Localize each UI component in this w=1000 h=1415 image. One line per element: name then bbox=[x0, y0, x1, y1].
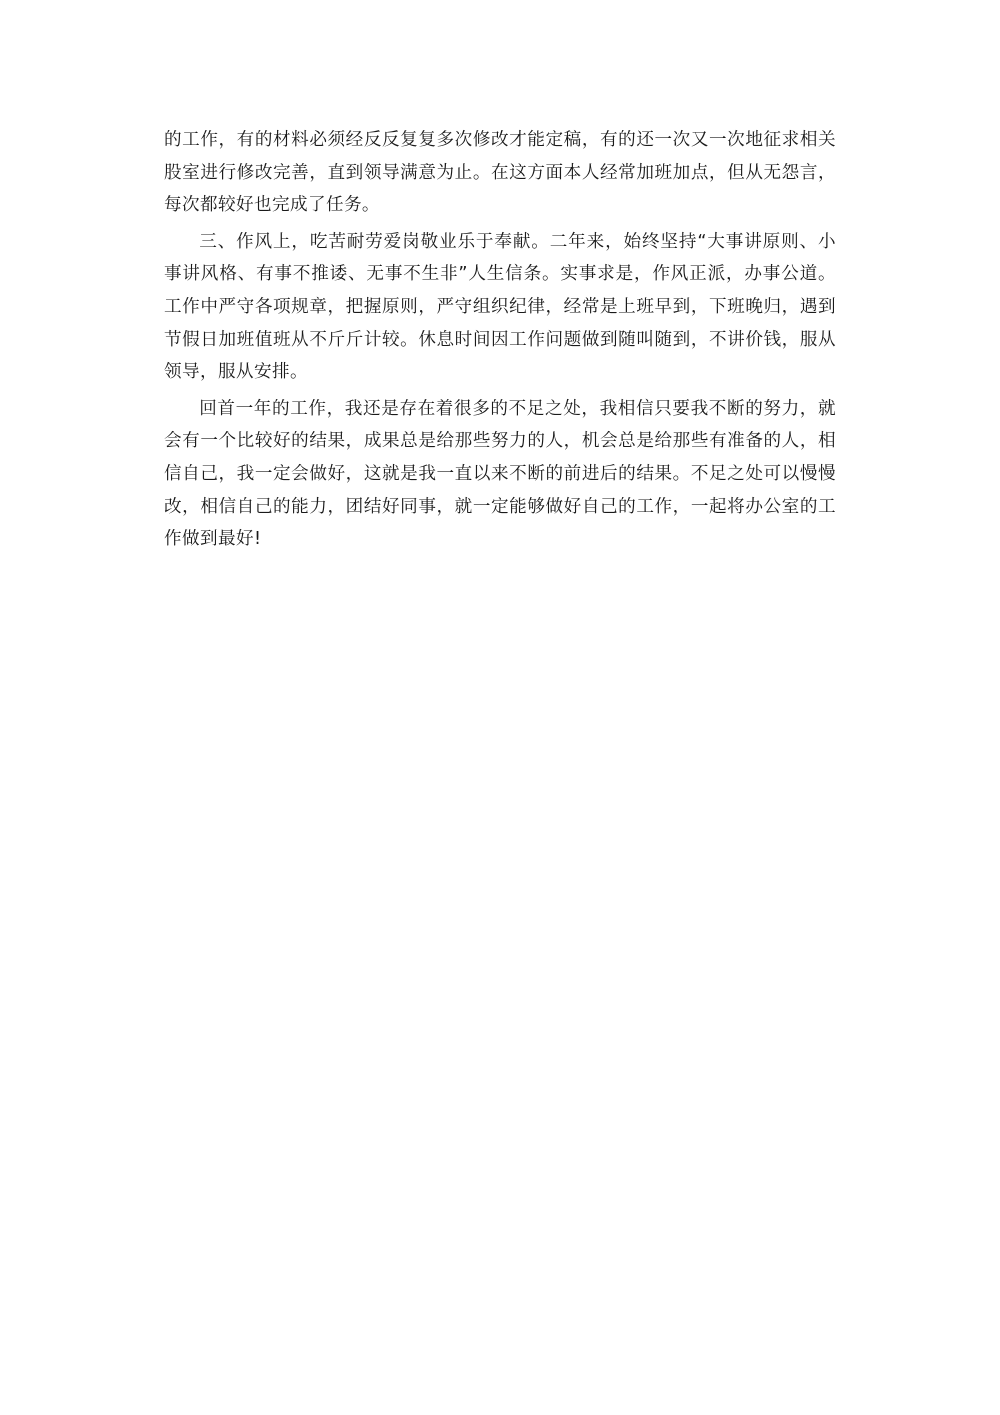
paragraph-work-style: 三、作风上，吃苦耐劳爱岗敬业乐于奉献。二年来，始终坚持“大事讲原则、小事讲风格、… bbox=[164, 226, 836, 389]
document-body: 的工作，有的材料必须经反反复复多次修改才能定稿，有的还一次又一次地征求相关股室进… bbox=[164, 124, 836, 560]
paragraph-year-review: 回首一年的工作，我还是存在着很多的不足之处，我相信只要我不断的努力，就会有一个比… bbox=[164, 393, 836, 556]
document-page: 的工作，有的材料必须经反反复复多次修改才能定稿，有的还一次又一次地征求相关股室进… bbox=[0, 0, 1000, 1415]
paragraph-work-materials: 的工作，有的材料必须经反反复复多次修改才能定稿，有的还一次又一次地征求相关股室进… bbox=[164, 124, 836, 222]
